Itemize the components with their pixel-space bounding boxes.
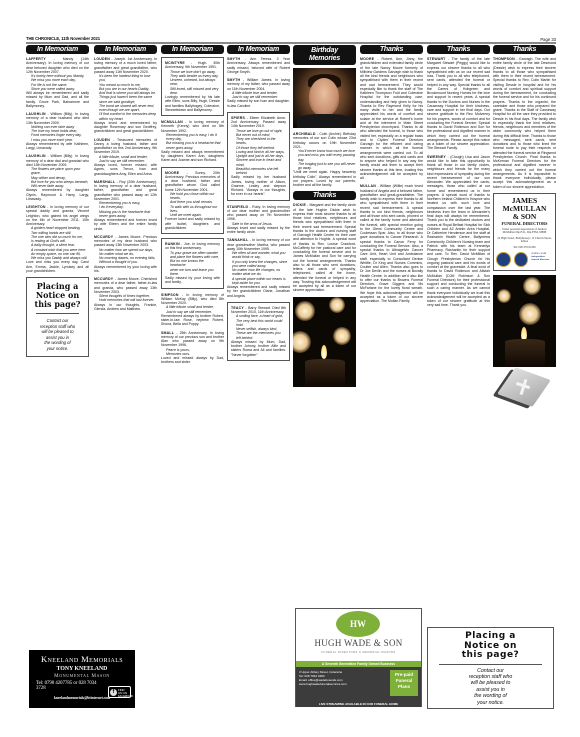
- section-header-thanks: Thanks: [427, 45, 490, 54]
- column-5: Birthday Memories ARCHIBALD - Colin (Arc…: [293, 45, 356, 387]
- notice-verse: It's lonely here without you Mandy,We mi…: [26, 74, 89, 91]
- notice-signoff: Sadly missed by her husband James, lovin…: [231, 175, 286, 196]
- notice-entry: SIMPSON - In loving memory of William Mc…: [161, 293, 224, 327]
- placing-notice-box: Placing aNotice onthis page? Contact our…: [26, 277, 89, 357]
- notice-verse: Nothing can ever take awayThe love my he…: [26, 125, 89, 142]
- notice-verse: Those we love don't go away,They walk be…: [165, 70, 220, 96]
- notice-signoff: Always missed by Mum, Dad, brother Johnn…: [231, 340, 286, 357]
- col3-entries: MCINTYRE - Hugh. 30th Anniversary, 9th N…: [161, 57, 224, 365]
- notice-surname: TANNAHILL: [227, 238, 249, 242]
- col6-entries: MOORE - Robert, Ann, Jinny, the grandchi…: [360, 57, 423, 303]
- notice-surname: RANKIN: [165, 242, 180, 246]
- ad-business-name: Kneeland Memorials: [29, 654, 135, 664]
- notice-signoff: Loved and missed always by Dad, brothers…: [161, 356, 224, 365]
- notice-verse: A smiling face, a heart of gold,The very…: [231, 314, 286, 340]
- hugh-wade-ad: HW HUGH WADE & SON FUNERAL DIRECTORS & M…: [295, 608, 422, 707]
- placing-notice-body: Contact ourreception staff whowill be pl…: [431, 668, 550, 706]
- notice-signoff: Will always be remembered and sadly miss…: [26, 91, 89, 108]
- notice-signoff: Always loved, forever missed, wife Agnes…: [94, 163, 157, 176]
- notice-signoff: Always in our thoughts, Frankie, Glenda,…: [94, 303, 157, 312]
- ad-contact-panel: 3 Upper Abbey Street, Coleraine Tel: 028…: [296, 667, 421, 707]
- notice-entry: THOMPSON - Garvagh. The wife and entire …: [493, 57, 556, 189]
- notice-verse: No matter how we spend our days,No matte…: [94, 248, 157, 265]
- prepaid-plans-badge: Pre-paid Funeral Plans: [390, 670, 418, 696]
- placing-notice-box-2: Placing aNotice onthis page? Contact our…: [427, 627, 554, 709]
- ad-live-streaming: LIVE STREAMING AVAILABLE IN OUR FUNERAL …: [296, 702, 421, 706]
- col2-entries: LOUDEN - Joseph. 1st Anniversary. In lov…: [94, 57, 157, 311]
- birthday-entry: ARCHIBALD - Colin (Archie). Birthday mem…: [293, 132, 356, 187]
- section-header-birthday-memories: Birthday Memories: [293, 45, 356, 65]
- ad-name: JAMES McMULLAN: [496, 197, 553, 213]
- section-header-in-memoriam: In Memoriam: [94, 45, 157, 54]
- column-8: Thanks THOMPSON - Garvagh. The wife and …: [493, 45, 556, 412]
- column-2: In Memoriam LOUDEN - Joseph. 1st Anniver…: [94, 45, 157, 315]
- notice-verse: You'll never know how much we love you a…: [293, 149, 356, 170]
- notice-entry: MCCURDY - James Moore. Precious memories…: [94, 235, 157, 273]
- candle-photo: [293, 297, 356, 387]
- ad-address: 22 High Street, Ballymoney; 15 Church St…: [496, 237, 553, 244]
- notice-surname: MULLAN: [360, 184, 376, 188]
- notice-surname: MOORE: [360, 57, 374, 61]
- notice-surname: MARSHALL: [94, 180, 115, 184]
- ad-person: TONY KNEELAND: [29, 666, 135, 672]
- notice-surname: MCINTYRE: [165, 61, 185, 65]
- notice-signoff: Sadly missed by your loving wife and fam…: [165, 276, 220, 285]
- placing-notice-body: Contact ourreception staff whowill be pl…: [30, 318, 85, 352]
- notice-boxed: MCINTYRE - Hugh. 30th Anniversary, 9th N…: [161, 57, 224, 116]
- notice-surname: LAUGHLIN: [26, 154, 46, 158]
- notice-verse: To your grave we often wanderand place t…: [165, 251, 220, 277]
- notice-surname: LOUDEN: [94, 57, 110, 61]
- notice-surname: MCCURDY: [94, 277, 113, 281]
- notice-entry: LOUDEN - Joseph. 1st Anniversary. In lov…: [94, 57, 157, 134]
- notice-signoff: Forever loved and sadly missed by wife I…: [165, 217, 220, 230]
- placing-notice-title: Placing aNotice onthis page?: [30, 282, 85, 309]
- notice-verse: We often sit and wonder, what you would …: [227, 251, 290, 285]
- col1-entries: LAFFERTY - Mandy (14th Anniversary). In …: [26, 57, 89, 273]
- ad-tagline: FUNERAL DIRECTORS: [496, 222, 553, 226]
- notice-signoff: Always remembered and sadly missed by he…: [227, 285, 290, 298]
- notice-entry: LAUGHLIN - William (Billy). In loving me…: [26, 112, 89, 150]
- saif-badge: NAFD • SAIF independent funeral director…: [531, 252, 553, 267]
- portrait-photo: [293, 68, 356, 128]
- masthead-title: THE CHRONICLE, 11th November 2021: [26, 36, 100, 41]
- notice-entry: LEIGHTON - In loving memory of our speci…: [26, 205, 89, 273]
- ad-subtitle: FUNERAL DIRECTORS & MEMORIAL MASONS: [296, 651, 421, 655]
- notice-signoff: Love and miss you every day, Carol Ann, …: [26, 260, 89, 273]
- notice-boxed: TEACY - Barry Stewart. Died 8th November…: [227, 302, 290, 361]
- notice-entry: LOUDEN - Treasured memories of Danny a l…: [94, 138, 157, 176]
- notice-surname: SMYTH: [227, 78, 240, 82]
- notice-surname: SIMPSON: [161, 293, 179, 297]
- notice-surname: SMALL: [161, 331, 174, 335]
- notice-boxed: RANKIN - Joe. In loving memory on this f…: [161, 238, 224, 289]
- notice-signoff: Always remembered by wife Kathleen, Larg…: [26, 142, 89, 151]
- notice-surname: LAUGHLIN: [26, 112, 46, 116]
- notice-surname: SWEENEY: [427, 155, 446, 159]
- facebook-icon: f: [110, 689, 117, 696]
- facebook-badge[interactable]: fFIND US ON FACEBOOK: [108, 686, 131, 698]
- section-header-in-memoriam: In Memoriam: [26, 45, 89, 54]
- notice-verse: We hold you close within our hearts,And …: [165, 192, 220, 218]
- notice-surname: MCMULLAN: [161, 120, 183, 124]
- divider: [36, 313, 79, 314]
- notice-verse: Silent thoughts of times together,Hold m…: [94, 294, 157, 303]
- section-header-thanks: Thanks: [293, 191, 356, 200]
- notice-entry: MULLAN - William (Willie) much loved hus…: [360, 184, 423, 303]
- notice-surname: SMYTH: [227, 57, 240, 61]
- section-header-thanks: Thanks: [360, 45, 423, 54]
- notice-signoff: Always loved and sadly missed by the ent…: [227, 226, 290, 235]
- notice-signoff: Remembered always by brother Robert, sis…: [161, 314, 224, 327]
- hugh-wade-logo-icon: HW: [336, 611, 380, 637]
- nafd-logo-icon: [514, 252, 529, 267]
- notice-verse: Remembering you is easy, I do it every d…: [161, 133, 224, 150]
- notice-signoff: Always remembered by daughter Glynis, Ra…: [26, 188, 89, 201]
- ad-trade: Monumental Mason: [29, 673, 135, 679]
- crest-icon: [496, 252, 511, 267]
- notice-verse: A little tribute small and tender,Just t…: [161, 305, 224, 314]
- notice-verse: A little tribute true and tender,Just to…: [227, 91, 290, 100]
- notice-entry: STEWART - The family of the late Margare…: [427, 57, 490, 151]
- masthead-rule: [26, 42, 556, 44]
- column-3: In Memoriam MCINTYRE - Hugh. 30th Annive…: [161, 45, 224, 369]
- notice-entry: MCCURDY - James Moore. Cherished memorie…: [94, 277, 157, 311]
- col8-entries: THOMPSON - Garvagh. The wife and entire …: [493, 57, 556, 189]
- column-4: In Memoriam SMYTH - Ann Teresa. 3 Year A…: [227, 45, 290, 365]
- bible-icon: [495, 369, 555, 409]
- notice-entry: SMALL - 25th Anniversary. In loving memo…: [161, 331, 224, 365]
- notice-boxed: SPIERS - Eileen Elizabeth Anne. 2nd Anni…: [227, 112, 290, 201]
- ad-website[interactable]: www.hughwadefuneralservices.com: [299, 682, 364, 686]
- ad-tel: Tel: 0798 4207785 or 028 7034 3728: [29, 681, 97, 691]
- notice-signoff: Always loved and remembered by daughter …: [94, 121, 157, 134]
- notice-verse: Remembering you is easy,I do it everyday…: [94, 201, 157, 218]
- section-header-in-memoriam: In Memoriam: [161, 45, 224, 54]
- section-header-in-memoriam: In Memoriam: [227, 45, 290, 54]
- notice-surname: THOMPSON: [493, 57, 515, 61]
- ad-supervision: Under personal supervision of Andrew McM…: [496, 228, 553, 235]
- notice-verse: A golden heart stopped beating,Two willi…: [26, 226, 89, 260]
- notice-entry: ARCHIBALD - Colin (Archie). Birthday mem…: [293, 132, 356, 187]
- notice-signoff: Always remembered by your loving wife Ir…: [94, 265, 157, 274]
- notice-surname: SPIERS: [231, 116, 245, 120]
- column-6: Thanks MOORE - Robert, Ann, Jinny, the g…: [360, 45, 423, 307]
- notice-surname: ARCHIBALD: [293, 132, 316, 136]
- notice-verse: Peace is yours,Memories ours.: [161, 348, 224, 357]
- notice-surname: LAFFERTY: [26, 57, 46, 61]
- notice-surname: STEWART: [427, 57, 446, 61]
- notice-signoff: Lovingly remembered by his late wife Ell…: [165, 95, 220, 112]
- col4-entries: SMYTH - Ann Teresa. 3 Year Anniversary. …: [227, 57, 290, 361]
- notice-surname: DICKIE: [293, 203, 306, 207]
- col7-entries: STEWART - The family of the late Margare…: [427, 57, 490, 308]
- notice-verse: The flowers we place upon your grave,May…: [26, 167, 89, 188]
- notice-entry: TANNAHILL - In loving memory of our dear…: [227, 238, 290, 298]
- notice-verse: It's been the hardest thing to lose you,…: [94, 74, 157, 121]
- column-1: In Memoriam LAFFERTY - Mandy (14th Anniv…: [26, 45, 89, 357]
- ad-name-2: & SON: [496, 213, 553, 221]
- notice-surname: TEACY: [231, 306, 244, 310]
- notice-entry: DICKIE - Margaret and the family circle …: [293, 203, 356, 292]
- notice-entry: MCMULLAN - In loving memory of Kenneth (…: [161, 120, 224, 163]
- notice-verse: A little tribute, small and tender,Just …: [94, 155, 157, 164]
- notice-entry: STANFIELD - Ruby. In loving memory of ou…: [227, 205, 290, 235]
- notice-surname: STANFIELD: [227, 205, 248, 209]
- candle-photo: [493, 275, 556, 367]
- notice-entry: MOORE - Robert, Ann, Jinny, the grandchi…: [360, 57, 423, 180]
- notice-entry: MARSHALL - Roy (20th Anniversary). In lo…: [94, 180, 157, 231]
- notice-signoff: Always remembered and forever loved by w…: [94, 218, 157, 231]
- divider: [439, 664, 542, 665]
- ad-tel: Tel: 028 276 62365: [496, 246, 553, 249]
- section-header-thanks: Thanks: [493, 45, 556, 54]
- notice-surname: MOORE: [165, 171, 179, 175]
- notice-signoff: Sadly missed and always remembered by da…: [161, 150, 224, 163]
- notice-entry: LAFFERTY - Mandy (14th Anniversary). In …: [26, 57, 89, 108]
- notice-surname: LEIGHTON: [26, 205, 46, 209]
- thanks-entry: DICKIE - Margaret and the family circle …: [293, 203, 356, 292]
- kneeland-memorials-ad: Kneeland Memorials TONY KNEELAND Monumen…: [29, 650, 135, 708]
- notice-entry: SMYTH - Ann Teresa. 3 Year Anniversary. …: [227, 57, 290, 74]
- notice-entry: SMYTH - William James. In loving memory …: [227, 78, 290, 108]
- notice-entry: LAUGHLIN - William (Billy). In loving me…: [26, 154, 89, 201]
- notice-boxed: MOORE - Sonny. 20th Anniversary. Preciou…: [161, 167, 224, 235]
- placing-notice-title: Placing aNotice onthis page?: [431, 632, 550, 661]
- notice-entry: SWEENEY - (Clough) Lisa and Jason would …: [427, 155, 490, 308]
- notice-signoff: "Until we meet again. Happy heavenly bir…: [293, 170, 356, 187]
- mcmullan-funeral-ad: JAMES McMULLAN & SON FUNERAL DIRECTORS U…: [493, 193, 556, 271]
- notice-verse: Those we love go out of sight,But never …: [231, 129, 286, 176]
- column-7: Thanks STEWART - The family of the late …: [427, 45, 490, 312]
- notice-signoff: Sadly missed by son Ivan and daughter-in…: [227, 99, 290, 108]
- notice-surname: LOUDEN: [94, 138, 110, 142]
- notice-surname: MCCURDY: [94, 235, 113, 239]
- ad-business-name: HUGH WADE & SON: [296, 641, 421, 645]
